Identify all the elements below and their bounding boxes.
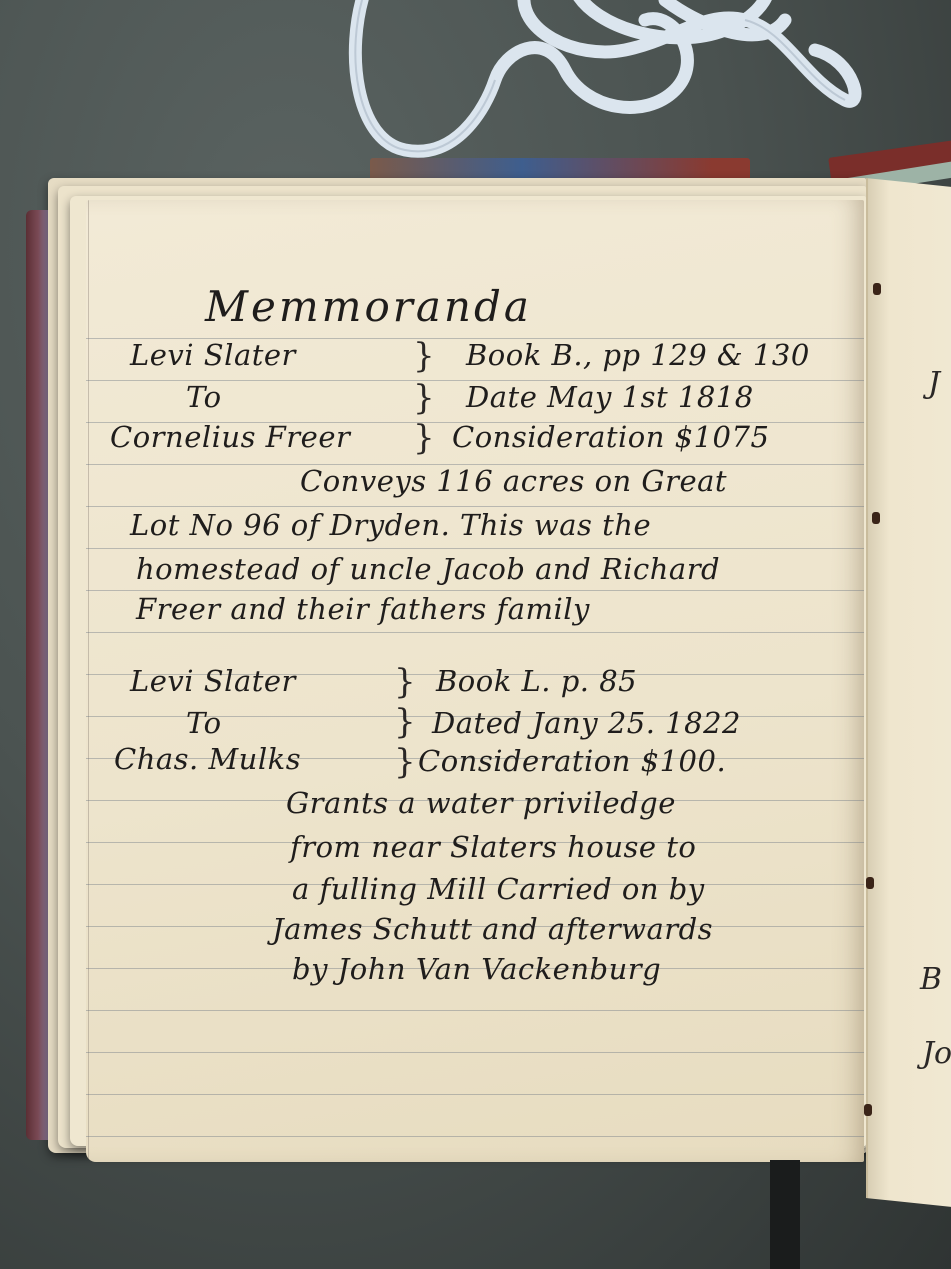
entry-2-to: To	[186, 706, 222, 740]
entry-2-consideration: Consideration $100.	[418, 744, 726, 778]
binding-hole	[866, 877, 874, 889]
entry-1-book-ref: Book B., pp 129 & 130	[466, 338, 810, 372]
entry-2-description-line: by John Van Vackenburg	[292, 952, 661, 986]
brace: }	[394, 742, 416, 782]
entry-2-grantee: Chas. Mulks	[114, 742, 301, 776]
rule-line	[86, 1010, 864, 1011]
rule-line	[86, 506, 864, 507]
brace: }	[394, 662, 416, 702]
entry-1-description-line: Conveys 116 acres on Great	[300, 464, 727, 498]
brace: }	[413, 378, 435, 418]
rule-line	[86, 1136, 864, 1137]
binding-hole	[872, 512, 880, 524]
entry-1-grantee: Cornelius Freer	[110, 420, 350, 454]
entry-1-description-line: Lot No 96 of Dryden. This was the	[130, 508, 651, 542]
entry-2-date: Dated Jany 25. 1822	[432, 706, 741, 740]
brace: }	[394, 702, 416, 742]
binding-hole	[873, 283, 881, 295]
entry-1-to: To	[186, 380, 222, 414]
entry-2-book-ref: Book L. p. 85	[436, 664, 637, 698]
support-bar	[770, 1160, 800, 1269]
entry-2-description-line: Grants a water priviledge	[286, 786, 676, 820]
entry-2-grantor: Levi Slater	[130, 664, 296, 698]
facing-page-fragment: Jo	[922, 1036, 951, 1071]
entry-1-description-line: Freer and their fathers family	[136, 592, 590, 626]
rule-line	[86, 1052, 864, 1053]
brace: }	[413, 418, 435, 458]
binding-hole	[864, 1104, 872, 1116]
rule-line	[86, 632, 864, 633]
entry-1-consideration: Consideration $1075	[452, 420, 769, 454]
facing-page-fragment: J	[928, 366, 940, 401]
entry-1-description-line: homestead of uncle Jacob and Richard	[136, 552, 720, 586]
entry-2-description-line: a fulling Mill Carried on by	[292, 872, 705, 906]
rule-line	[86, 590, 864, 591]
entry-1-date: Date May 1st 1818	[466, 380, 754, 414]
page-title: Memmoranda	[205, 282, 532, 331]
entry-1-grantor: Levi Slater	[130, 338, 296, 372]
entry-2-description-line: James Schutt and afterwards	[272, 912, 713, 946]
margin-line	[88, 200, 89, 1162]
entry-2-description-line: from near Slaters house to	[290, 830, 696, 864]
book-cover-top-edge	[370, 158, 750, 180]
rule-line	[86, 548, 864, 549]
brace: }	[413, 336, 435, 376]
white-cord	[345, 0, 865, 180]
rule-line	[86, 1094, 864, 1095]
facing-page-fragment: B	[920, 962, 942, 997]
